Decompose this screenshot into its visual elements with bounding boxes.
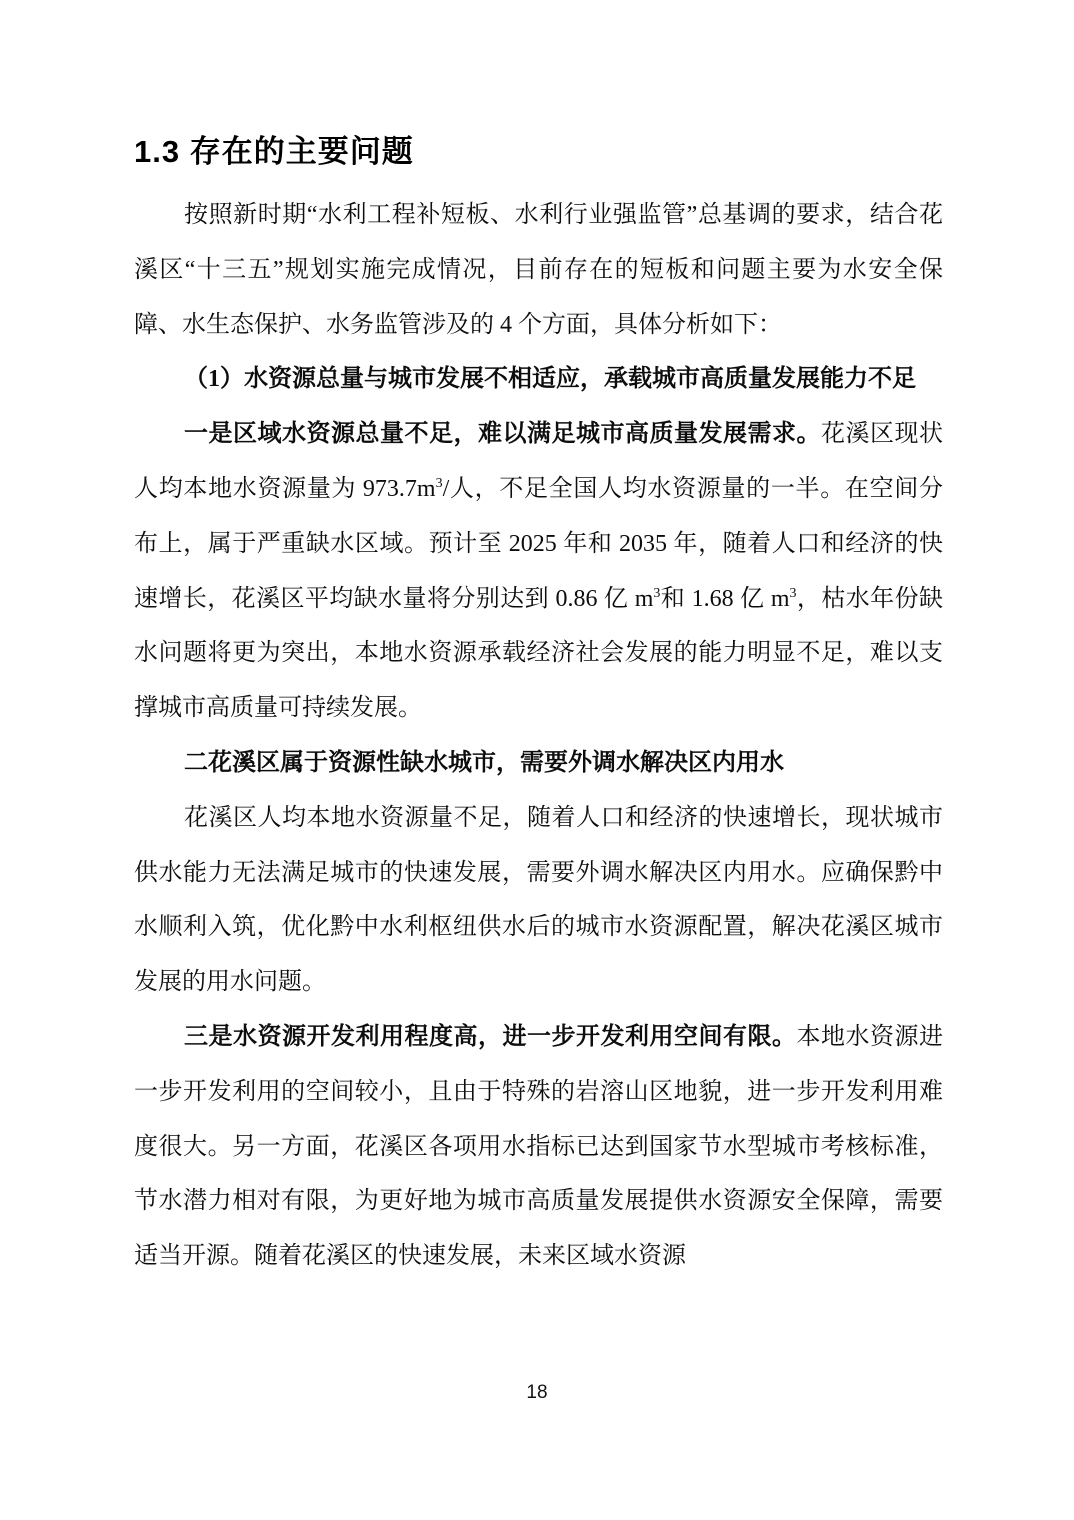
point-1-text-3: 和 1.68 亿 m xyxy=(660,586,789,612)
paragraph-issue-1-point-2-title: 二花溪区属于资源性缺水城市，需要外调水解决区内用水 xyxy=(134,736,943,791)
paragraph-issue-1-point-1: 一是区域水资源总量不足，难以满足城市高质量发展需求。花溪区现状人均本地水资源量为… xyxy=(134,407,943,736)
paragraph-intro: 按照新时期“水利工程补短板、水利行业强监管”总基调的要求，结合花溪区“十三五”规… xyxy=(134,188,943,352)
document-content: 1.3 存在的主要问题 按照新时期“水利工程补短板、水利行业强监管”总基调的要求… xyxy=(134,130,943,1284)
point-3-bold-lead: 三是水资源开发利用程度高，进一步开发利用空间有限。 xyxy=(184,1024,797,1050)
point-1-bold-lead: 一是区域水资源总量不足，难以满足城市高质量发展需求。 xyxy=(184,421,821,447)
point-3-text: 本地水资源进一步开发利用的空间较小，且由于特殊的岩溶山区地貌，进一步开发利用难度… xyxy=(134,1024,943,1269)
page-number: 18 xyxy=(0,1382,1074,1404)
section-heading: 1.3 存在的主要问题 xyxy=(134,130,943,174)
document-page: 1.3 存在的主要问题 按照新时期“水利工程补短板、水利行业强监管”总基调的要求… xyxy=(0,0,1074,1520)
paragraph-issue-1-title: （1）水资源总量与城市发展不相适应，承载城市高质量发展能力不足 xyxy=(134,352,943,407)
superscript-cубe-1: 3 xyxy=(436,476,443,491)
paragraph-issue-1-point-3: 三是水资源开发利用程度高，进一步开发利用空间有限。本地水资源进一步开发利用的空间… xyxy=(134,1010,943,1284)
superscript-cube-3: 3 xyxy=(790,586,797,601)
paragraph-issue-1-point-2: 花溪区人均本地水资源量不足，随着人口和经济的快速增长，现状城市供水能力无法满足城… xyxy=(134,791,943,1010)
